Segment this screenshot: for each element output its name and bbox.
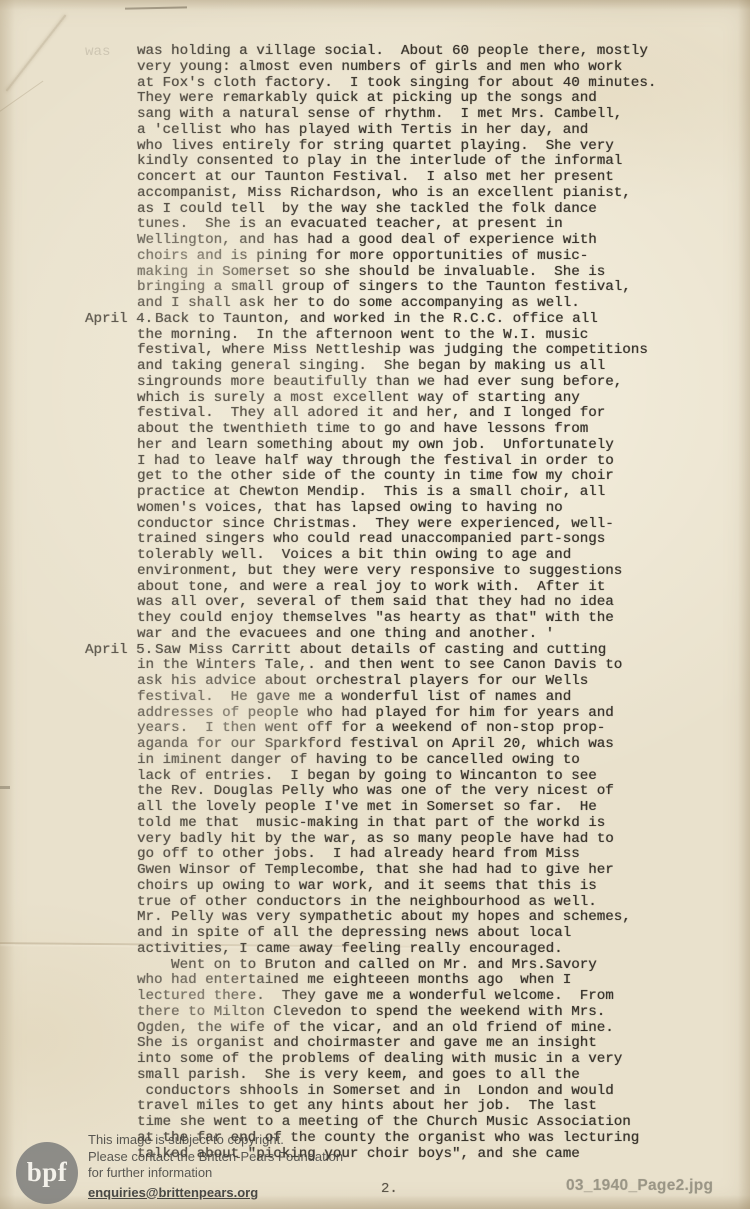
bpf-logo-text: bpf	[27, 1157, 68, 1188]
watermark-line-2: Please contact the Britten-Pears Foundat…	[88, 1149, 343, 1166]
entry-body: Saw Miss Carritt about details of castin…	[137, 643, 689, 1163]
typewritten-text: was was holding a village social. About …	[137, 44, 689, 1162]
filename-stamp: 03_1940_Page2.jpg	[566, 1177, 713, 1195]
copyright-watermark: bpf This image is subject to copyright. …	[0, 1128, 470, 1209]
diary-entry-continuation: was was holding a village social. About …	[137, 44, 689, 312]
entry-date-label: April 4.	[85, 312, 153, 328]
ghost-text: was	[85, 45, 111, 61]
watermark-email: enquiries@brittenpears.org	[88, 1185, 343, 1202]
bpf-logo-icon: bpf	[16, 1142, 78, 1204]
watermark-line-3: for further information	[88, 1165, 343, 1182]
diary-entry-april-4: April 4. Back to Taunton, and worked in …	[137, 312, 689, 643]
entry-date-label: April 5.	[85, 643, 153, 659]
entry-body: was holding a village social. About 60 p…	[137, 44, 689, 312]
watermark-text: This image is subject to copyright. Plea…	[88, 1132, 343, 1201]
watermark-line-1: This image is subject to copyright.	[88, 1132, 343, 1149]
entry-body: Back to Taunton, and worked in the R.C.C…	[137, 312, 689, 643]
diary-entry-april-5: April 5. Saw Miss Carritt about details …	[137, 643, 689, 1163]
scanned-document-page: was was holding a village social. About …	[0, 0, 750, 1209]
